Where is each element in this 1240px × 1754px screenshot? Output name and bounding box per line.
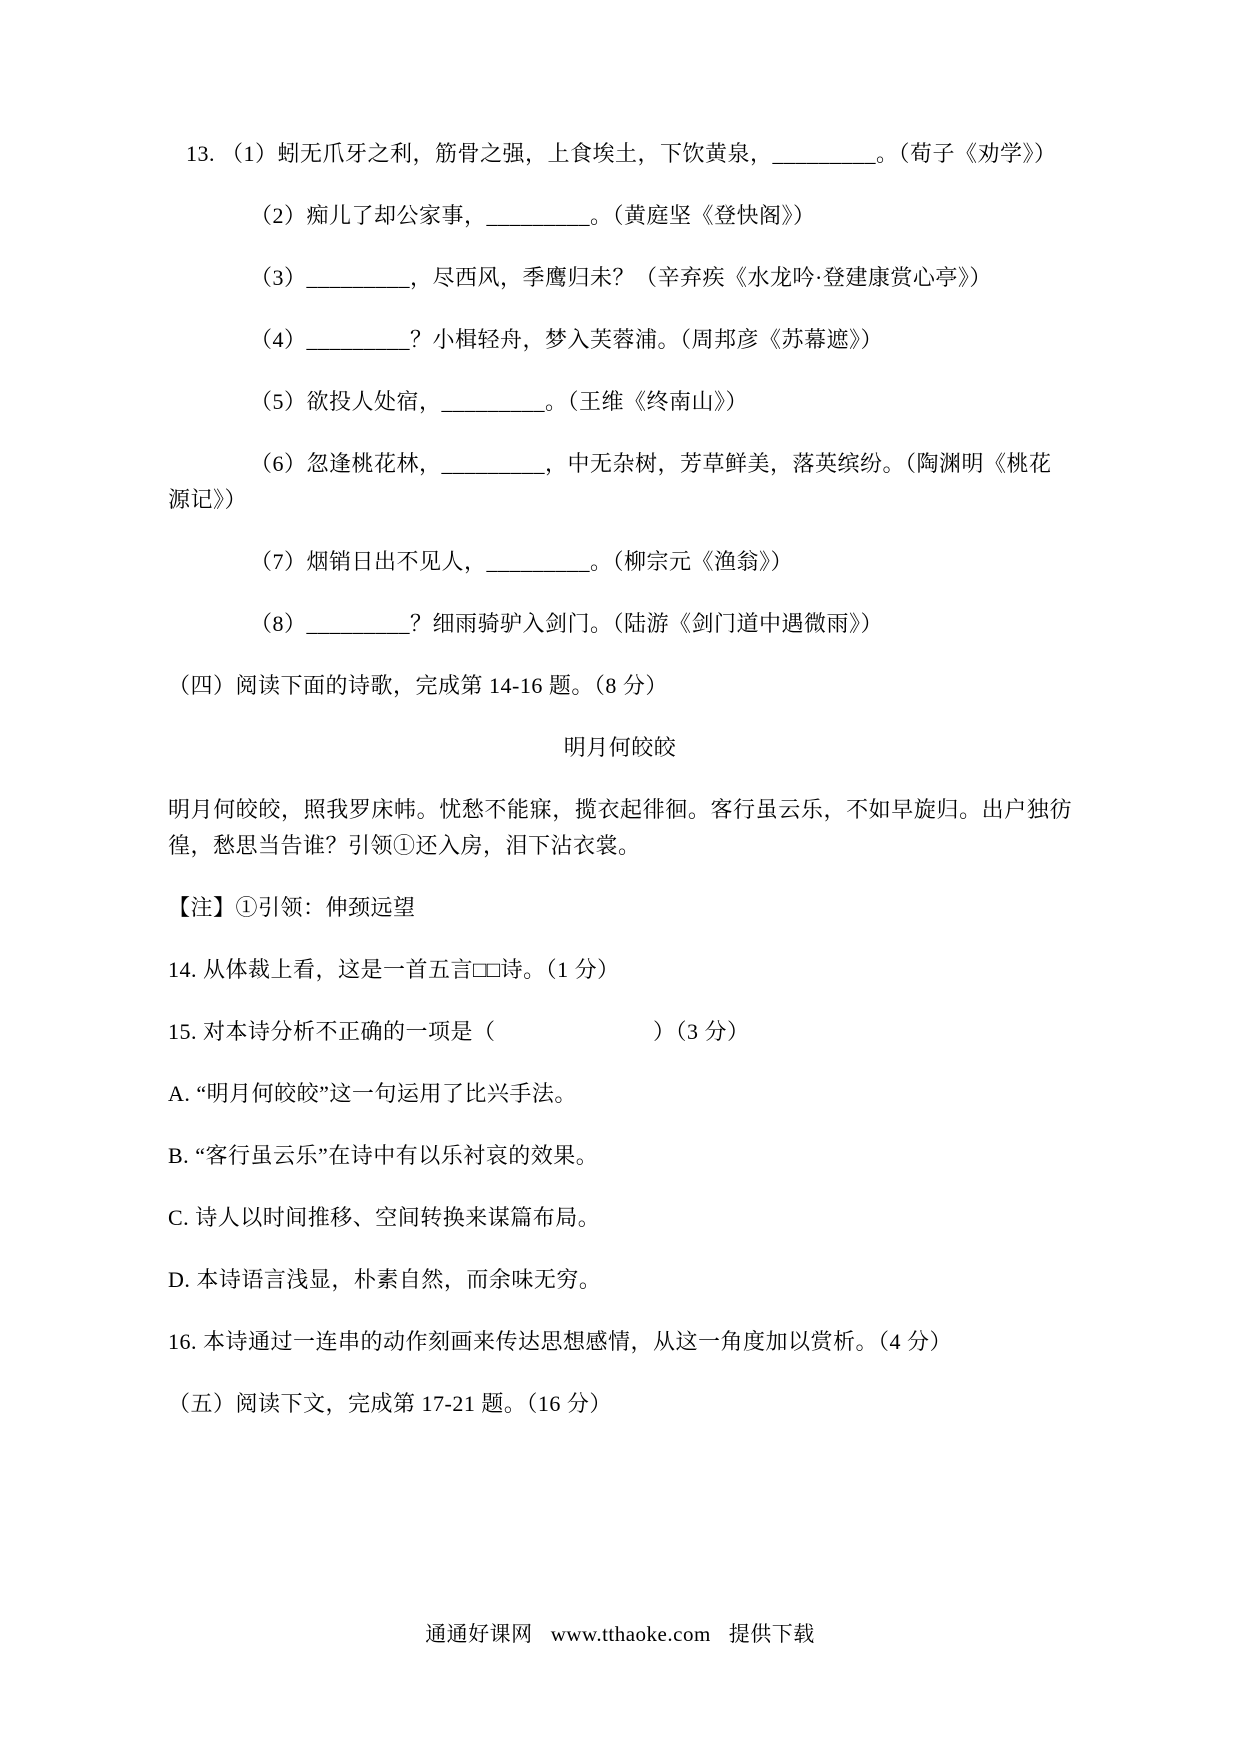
item-text-pre: 欲投人处宿， bbox=[307, 389, 442, 414]
footer-site-url: www.tthaoke.com bbox=[551, 1622, 711, 1646]
item-number: （3） bbox=[250, 265, 307, 290]
item-text-post: 。（黄庭坚《登快阁》） bbox=[590, 203, 816, 228]
item-text-post: ？细雨骑驴入剑门。（陆游《剑门道中遇微雨》） bbox=[410, 611, 883, 636]
recitation-item-8: （8）_________？细雨骑驴入剑门。（陆游《剑门道中遇微雨》） bbox=[168, 606, 1072, 642]
question-15-option-a: A. “明月何皎皎”这一句运用了比兴手法。 bbox=[168, 1076, 1072, 1112]
item-number: （4） bbox=[250, 327, 307, 352]
item-text-post: 。（荀子《劝学》） bbox=[876, 141, 1057, 166]
option-label: D. bbox=[168, 1267, 196, 1292]
option-label: B. bbox=[168, 1143, 195, 1168]
question-15-stem: 15. 对本诗分析不正确的一项是（ ）（3 分） bbox=[168, 1014, 1072, 1050]
item-text-pre: 烟销日出不见人， bbox=[307, 549, 487, 574]
recitation-item-1: 13. （1）蚓无爪牙之利，筋骨之强，上食埃土，下饮黄泉，_________。（… bbox=[168, 136, 1072, 172]
question-15-option-b: B. “客行虽云乐”在诗中有以乐衬哀的效果。 bbox=[168, 1138, 1072, 1174]
question-16: 16. 本诗通过一连串的动作刻画来传达思想感情，从这一角度加以赏析。（4 分） bbox=[168, 1324, 1072, 1360]
footer-watermark: 通通好课网www.tthaoke.com提供下载 bbox=[0, 1620, 1240, 1648]
page-body: 13. （1）蚓无爪牙之利，筋骨之强，上食埃土，下饮黄泉，_________。（… bbox=[0, 0, 1240, 1422]
item-number: （8） bbox=[250, 611, 307, 636]
footer-site-name: 通通好课网 bbox=[425, 1622, 533, 1646]
item-text-post: 。（柳宗元《渔翁》） bbox=[590, 549, 793, 574]
recitation-item-4: （4）_________？小楫轻舟，梦入芙蓉浦。（周邦彦《苏幕遮》） bbox=[168, 322, 1072, 358]
item-number: （7） bbox=[250, 549, 307, 574]
section-5-heading: （五）阅读下文，完成第 17-21 题。（16 分） bbox=[168, 1386, 1072, 1422]
item-text-pre: 痴儿了却公家事， bbox=[307, 203, 487, 228]
recitation-item-2: （2）痴儿了却公家事，_________。（黄庭坚《登快阁》） bbox=[168, 198, 1072, 234]
blank-line: _________ bbox=[487, 203, 591, 228]
option-label: A. bbox=[168, 1081, 196, 1106]
blank-line: _________ bbox=[773, 141, 877, 166]
blank-line: _________ bbox=[487, 549, 591, 574]
item-number: （5） bbox=[250, 389, 307, 414]
recitation-item-5: （5）欲投人处宿，_________。（王维《终南山》） bbox=[168, 384, 1072, 420]
section-4-heading: （四）阅读下面的诗歌，完成第 14-16 题。（8 分） bbox=[168, 668, 1072, 704]
poem-text: 明月何皎皎，照我罗床帏。忧愁不能寐，揽衣起徘徊。客行虽云乐，不如早旋归。出户独彷… bbox=[168, 792, 1072, 864]
recitation-item-3: （3）_________，尽西风，季鹰归未？（辛弃疾《水龙吟·登建康赏心亭》） bbox=[168, 260, 1072, 296]
item-text-post: 。（王维《终南山》） bbox=[545, 389, 748, 414]
recitation-item-6: （6）忽逢桃花林，_________，中无杂树，芳草鲜美，落英缤纷。（陶渊明《桃… bbox=[168, 446, 1072, 518]
poem-title: 明月何皎皎 bbox=[168, 730, 1072, 766]
option-text: “明月何皎皎”这一句运用了比兴手法。 bbox=[196, 1081, 577, 1106]
blank-line: _________ bbox=[307, 611, 411, 636]
blank-line: _________ bbox=[442, 451, 546, 476]
blank-line: _________ bbox=[307, 327, 411, 352]
recitation-item-7: （7）烟销日出不见人，_________。（柳宗元《渔翁》） bbox=[168, 544, 1072, 580]
option-text: “客行虽云乐”在诗中有以乐衬哀的效果。 bbox=[195, 1143, 598, 1168]
option-text: 本诗语言浅显，朴素自然，而余味无穷。 bbox=[196, 1267, 601, 1292]
item-text-pre: 蚓无爪牙之利，筋骨之强，上食埃土，下饮黄泉， bbox=[278, 141, 773, 166]
blank-line: _________ bbox=[307, 265, 411, 290]
footer-download-note: 提供下载 bbox=[729, 1622, 815, 1646]
question-13-number: 13. bbox=[186, 141, 221, 166]
option-text: 诗人以时间推移、空间转换来谋篇布局。 bbox=[195, 1205, 600, 1230]
blank-line: _________ bbox=[442, 389, 546, 414]
item-number: （1） bbox=[221, 141, 278, 166]
question-15-option-d: D. 本诗语言浅显，朴素自然，而余味无穷。 bbox=[168, 1262, 1072, 1298]
question-15-option-c: C. 诗人以时间推移、空间转换来谋篇布局。 bbox=[168, 1200, 1072, 1236]
item-text-post: ？小楫轻舟，梦入芙蓉浦。（周邦彦《苏幕遮》） bbox=[410, 327, 883, 352]
question-14: 14. 从体裁上看，这是一首五言□□诗。（1 分） bbox=[168, 952, 1072, 988]
item-text-pre: 忽逢桃花林， bbox=[307, 451, 442, 476]
option-label: C. bbox=[168, 1205, 195, 1230]
item-number: （6） bbox=[250, 451, 307, 476]
item-text-post: ，尽西风，季鹰归未？（辛弃疾《水龙吟·登建康赏心亭》） bbox=[410, 265, 992, 290]
exam-page: { "recitation": { "lead": "13. ", "blank… bbox=[0, 0, 1240, 1754]
item-number: （2） bbox=[250, 203, 307, 228]
poem-note: 【注】①引领：伸颈远望 bbox=[168, 890, 1072, 926]
